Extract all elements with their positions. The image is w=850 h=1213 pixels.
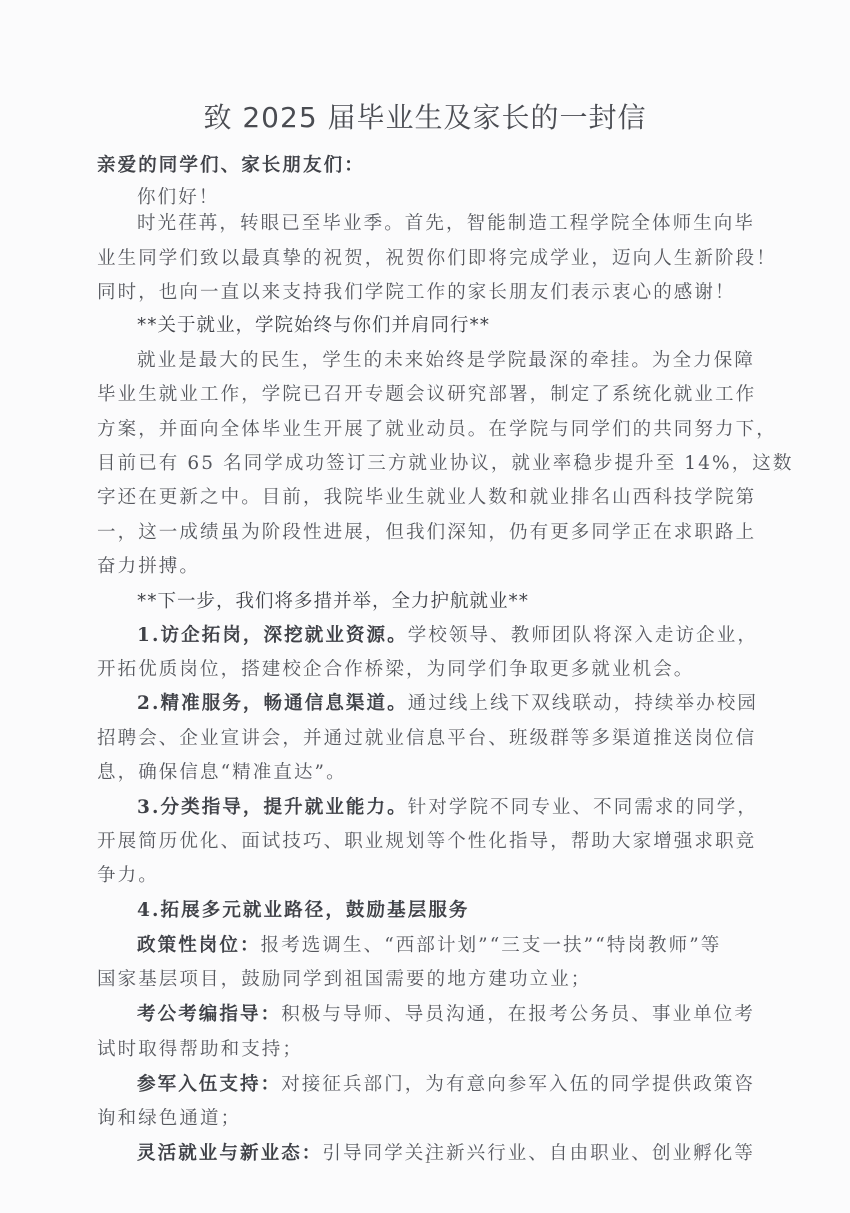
line-text: 4.拓展多元就业路径，鼓励基层服务 xyxy=(137,900,470,921)
document-title: 致 2025 届毕业生及家长的一封信 xyxy=(0,96,850,136)
body-line: 同时，也向一直以来支持我们学院工作的家长朋友们表示衷心的感谢！ xyxy=(97,279,767,307)
line-text: 奋力拼搏。 xyxy=(97,556,200,577)
body-line: 业生同学们致以最真挚的祝贺，祝贺你们即将完成学业，迈向人生新阶段！ xyxy=(97,245,767,273)
bold-lead: 2.精准服务，畅通信息渠道。 xyxy=(137,693,408,714)
line-text: 息，确保信息“精准直达”。 xyxy=(97,762,347,783)
line-text: 一，这一成绩虽为阶段性进展，但我们深知，仍有更多同学正在求职路上 xyxy=(97,522,756,543)
line-text: 毕业生就业工作，学院已召开专题会议研究部署，制定了系统化就业工作 xyxy=(97,384,756,405)
line-text: 同时，也向一直以来支持我们学院工作的家长朋友们表示衷心的感谢！ xyxy=(97,282,736,303)
section-heading: **下一步，我们将多措并举，全力护航就业** xyxy=(137,588,807,616)
line-text: 开拓优质岗位，搭建校企合作桥梁，为同学们争取更多就业机会。 xyxy=(97,659,694,680)
line-text: 就业是最大的民生，学生的未来始终是学院最深的牵挂。为全力保障 xyxy=(137,350,755,371)
body-line: 试时取得帮助和支持； xyxy=(97,1036,767,1064)
line-text: 积极与导师、导员沟通，在报考公务员、事业单位考 xyxy=(281,1004,755,1025)
body-line: 争力。 xyxy=(97,862,767,890)
line-text: 报考选调生、“西部计划”“三支一扶”“特岗教师”等 xyxy=(261,935,722,956)
line-text: 国家基层项目，鼓励同学到祖国需要的地方建功立业； xyxy=(97,969,591,990)
line-text: 通过线上线下双线联动，持续举办校园 xyxy=(408,693,758,714)
bold-lead: 3.分类指导，提升就业能力。 xyxy=(137,797,408,818)
body-line: 政策性岗位：报考选调生、“西部计划”“三支一扶”“特岗教师”等 xyxy=(137,932,807,960)
body-line: 字还在更新之中。目前，我院毕业生就业人数和就业排名山西科技学院第 xyxy=(97,484,767,512)
body-line: 国家基层项目，鼓励同学到祖国需要的地方建功立业； xyxy=(97,966,767,994)
body-line: 4.拓展多元就业路径，鼓励基层服务 xyxy=(137,897,807,925)
salutation: 亲爱的同学们、家长朋友们： xyxy=(97,152,767,180)
body-line: 招聘会、企业宣讲会，并通过就业信息平台、班级群等多渠道推送岗位信 xyxy=(97,725,767,753)
body-line: 奋力拼搏。 xyxy=(97,553,767,581)
line-text: 字还在更新之中。目前，我院毕业生就业人数和就业排名山西科技学院第 xyxy=(97,487,756,508)
body-line: 目前已有 65 名同学成功签订三方就业协议，就业率稳步提升至 14%，这数 xyxy=(97,450,767,478)
line-text: 开展简历优化、面试技巧、职业规划等个性化指导，帮助大家增强求职竞 xyxy=(97,831,756,852)
body-line: 开展简历优化、面试技巧、职业规划等个性化指导，帮助大家增强求职竞 xyxy=(97,828,767,856)
line-text: 争力。 xyxy=(97,865,159,886)
line-text: 学校领导、教师团队将深入走访企业， xyxy=(408,625,758,646)
page-number: 1 xyxy=(424,1152,432,1166)
body-line: 一，这一成绩虽为阶段性进展，但我们深知，仍有更多同学正在求职路上 xyxy=(97,519,767,547)
greeting: 你们好！ xyxy=(137,184,807,212)
body-line: 灵活就业与新业态：引导同学关注新兴行业、自由职业、创业孵化等 xyxy=(137,1140,807,1168)
body-line: 就业是最大的民生，学生的未来始终是学院最深的牵挂。为全力保障 xyxy=(137,347,807,375)
body-line: 方案，并面向全体毕业生开展了就业动员。在学院与同学们的共同努力下， xyxy=(97,416,767,444)
line-text: 业生同学们致以最真挚的祝贺，祝贺你们即将完成学业，迈向人生新阶段！ xyxy=(97,248,777,269)
line-text: 招聘会、企业宣讲会，并通过就业信息平台、班级群等多渠道推送岗位信 xyxy=(97,728,756,749)
line-text: 时光荏苒，转眼已至毕业季。首先，智能制造工程学院全体师生向毕 xyxy=(137,213,755,234)
body-line: 毕业生就业工作，学院已召开专题会议研究部署，制定了系统化就业工作 xyxy=(97,381,767,409)
line-text: 试时取得帮助和支持； xyxy=(97,1039,303,1060)
body-line: 息，确保信息“精准直达”。 xyxy=(97,759,767,787)
body-line: 3.分类指导，提升就业能力。针对学院不同专业、不同需求的同学， xyxy=(137,794,807,822)
bold-lead: 参军入伍支持： xyxy=(137,1074,281,1095)
body-line: 时光荏苒，转眼已至毕业季。首先，智能制造工程学院全体师生向毕 xyxy=(137,210,807,238)
line-text: 引导同学关注新兴行业、自由职业、创业孵化等 xyxy=(322,1143,755,1164)
body-line: 考公考编指导：积极与导师、导员沟通，在报考公务员、事业单位考 xyxy=(137,1001,807,1029)
line-text: 询和绿色通道； xyxy=(97,1108,241,1129)
line-text: 方案，并面向全体毕业生开展了就业动员。在学院与同学们的共同努力下， xyxy=(97,419,777,440)
body-line: 开拓优质岗位，搭建校企合作桥梁，为同学们争取更多就业机会。 xyxy=(97,656,767,684)
line-text: 对接征兵部门，为有意向参军入伍的同学提供政策咨 xyxy=(281,1074,755,1095)
line-text: **下一步，我们将多措并举，全力护航就业** xyxy=(137,591,529,612)
line-text: 针对学院不同专业、不同需求的同学， xyxy=(408,797,758,818)
body-line: 参军入伍支持：对接征兵部门，为有意向参军入伍的同学提供政策咨 xyxy=(137,1071,807,1099)
line-text: **关于就业，学院始终与你们并肩同行** xyxy=(137,315,490,336)
bold-lead: 灵活就业与新业态： xyxy=(137,1143,322,1164)
bold-lead: 政策性岗位： xyxy=(137,935,261,956)
body-line: 2.精准服务，畅通信息渠道。通过线上线下双线联动，持续举办校园 xyxy=(137,690,807,718)
bold-lead: 1.访企拓岗，深挖就业资源。 xyxy=(137,625,408,646)
body-line: 1.访企拓岗，深挖就业资源。学校领导、教师团队将深入走访企业， xyxy=(137,622,807,650)
body-line: 询和绿色通道； xyxy=(97,1105,767,1133)
document-page: 致 2025 届毕业生及家长的一封信 亲爱的同学们、家长朋友们： 你们好！ 时光… xyxy=(0,0,850,1213)
bold-lead: 考公考编指导： xyxy=(137,1004,281,1025)
section-heading: **关于就业，学院始终与你们并肩同行** xyxy=(137,312,807,340)
line-text: 目前已有 65 名同学成功签订三方就业协议，就业率稳步提升至 14%，这数 xyxy=(97,453,794,474)
